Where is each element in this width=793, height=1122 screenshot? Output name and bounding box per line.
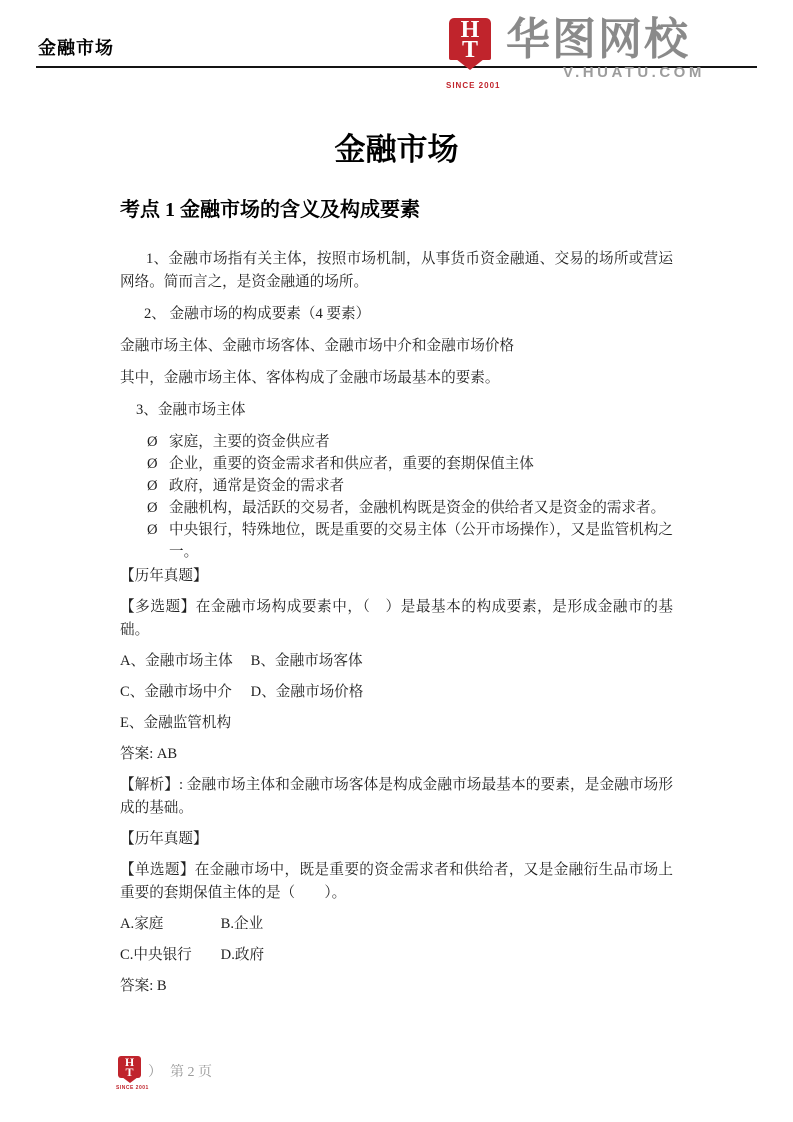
list-item-text: 家庭，主要的资金供应者 bbox=[169, 434, 330, 450]
bullet-icon: Ø bbox=[147, 497, 158, 519]
footer-huatu-logo-icon: H T SINCE 2001 bbox=[118, 1056, 142, 1088]
footer-logo-since-label: SINCE 2001 bbox=[116, 1085, 149, 1091]
list-item-text: 政府，通常是资金的需求者 bbox=[169, 478, 344, 494]
q1-option-e: E、金融监管机构 bbox=[120, 715, 231, 731]
bullet-icon: Ø bbox=[147, 475, 158, 497]
list-item-text: 中央银行，特殊地位，既是重要的交易主体（公开市场操作），又是监管机构之一。 bbox=[169, 522, 673, 560]
footer-page-number: ）第 2 页 bbox=[148, 1061, 212, 1081]
q1-options-row-2: C、金融市场中介 D、金融市场价格 bbox=[120, 681, 673, 704]
document-page: 金融市场 H T SINCE 2001 华图网校 V.HUATU.COM 金融市… bbox=[0, 0, 793, 1122]
list-item: Ø 政府，通常是资金的需求者 bbox=[120, 475, 673, 497]
q2-exam-tag: 【历年真题】 bbox=[120, 828, 673, 851]
q1-option-a: A、金融市场主体 bbox=[120, 650, 247, 673]
q1-options-row-3: E、金融监管机构 bbox=[120, 712, 673, 735]
q1-option-c: C、金融市场中介 bbox=[120, 681, 247, 704]
q2-stem: 【单选题】在金融市场中，既是重要的资金需求者和供给者，又是金融衍生品市场上重要的… bbox=[120, 859, 673, 905]
huatu-shield-icon: H T SINCE 2001 bbox=[449, 18, 491, 70]
header-doc-title: 金融市场 bbox=[38, 34, 114, 60]
huatu-brand-logo: H T SINCE 2001 华图网校 V.HUATU.COM bbox=[449, 16, 719, 94]
q1-stem: 【多选题】在金融市场构成要素中，（ ）是最基本的构成要素，是形成金融市的基础。 bbox=[120, 596, 673, 642]
list-item-text: 金融机构，最活跃的交易者，金融机构既是资金的供给者又是资金的需求者。 bbox=[169, 500, 665, 516]
market-subjects-list: Ø 家庭，主要的资金供应者 Ø 企业，重要的资金需求者和供应者，重要的套期保值主… bbox=[120, 431, 673, 563]
paragraph-subjects-heading: 3、金融市场主体 bbox=[120, 399, 673, 422]
q2-options-row-2: C.中央银行 D.政府 bbox=[120, 944, 673, 967]
paragraph-elements-list: 金融市场主体、金融市场客体、金融市场中介和金融市场价格 bbox=[120, 335, 673, 358]
bullet-icon: Ø bbox=[147, 519, 158, 541]
list-item-text: 企业，重要的资金需求者和供应者，重要的套期保值主体 bbox=[169, 456, 534, 472]
list-item: Ø 家庭，主要的资金供应者 bbox=[120, 431, 673, 453]
footer-logo-monogram-t: T bbox=[118, 1066, 141, 1079]
paragraph-basic-elements: 其中，金融市场主体、客体构成了金融市场最基本的要素。 bbox=[120, 367, 673, 390]
paragraph-elements-heading: 2、 金融市场的构成要素（4 要素） bbox=[120, 303, 673, 326]
q2-options-row-1: A.家庭 B.企业 bbox=[120, 913, 673, 936]
q1-analysis: 【解析】: 金融市场主体和金融市场客体是构成金融市场最基本的要素，是金融市场形成… bbox=[120, 774, 673, 820]
bullet-icon: Ø bbox=[147, 431, 158, 453]
q1-options-row-1: A、金融市场主体 B、金融市场客体 bbox=[120, 650, 673, 673]
list-item: Ø 中央银行，特殊地位，既是重要的交易主体（公开市场操作），又是监管机构之一。 bbox=[120, 519, 673, 563]
brand-name: 华图网校 bbox=[506, 17, 690, 63]
list-item: Ø 企业，重要的资金需求者和供应者，重要的套期保值主体 bbox=[120, 453, 673, 475]
q2-answer: 答案: B bbox=[120, 975, 673, 998]
q1-answer: 答案: AB bbox=[120, 743, 673, 766]
q2-option-c: C.中央银行 bbox=[120, 944, 217, 967]
logo-since-label: SINCE 2001 bbox=[446, 81, 498, 90]
footer-page-label: 第 2 页 bbox=[170, 1065, 212, 1080]
list-item: Ø 金融机构，最活跃的交易者，金融机构既是资金的供给者又是资金的需求者。 bbox=[120, 497, 673, 519]
brand-site-url: V.HUATU.COM bbox=[563, 64, 705, 81]
q1-exam-tag: 【历年真题】 bbox=[120, 565, 673, 588]
page-title: 金融市场 bbox=[120, 130, 673, 170]
q1-option-d: D、金融市场价格 bbox=[251, 684, 364, 700]
logo-monogram-t: T bbox=[449, 37, 491, 63]
bullet-icon: Ø bbox=[147, 453, 158, 475]
q2-option-b: B.企业 bbox=[221, 916, 264, 932]
footer-close-paren: ） bbox=[148, 1065, 162, 1080]
document-body: 金融市场 考点 1 金融市场的含义及构成要素 1、金融市场指有关主体，按照市场机… bbox=[120, 0, 673, 1006]
q2-option-d: D.政府 bbox=[221, 947, 264, 963]
q2-option-a: A.家庭 bbox=[120, 913, 217, 936]
q1-option-b: B、金融市场客体 bbox=[251, 653, 363, 669]
section-heading: 考点 1 金融市场的含义及构成要素 bbox=[120, 196, 673, 224]
paragraph-definition: 1、金融市场指有关主体，按照市场机制，从事货币资金融通、交易的场所或营运网络。简… bbox=[120, 248, 673, 294]
